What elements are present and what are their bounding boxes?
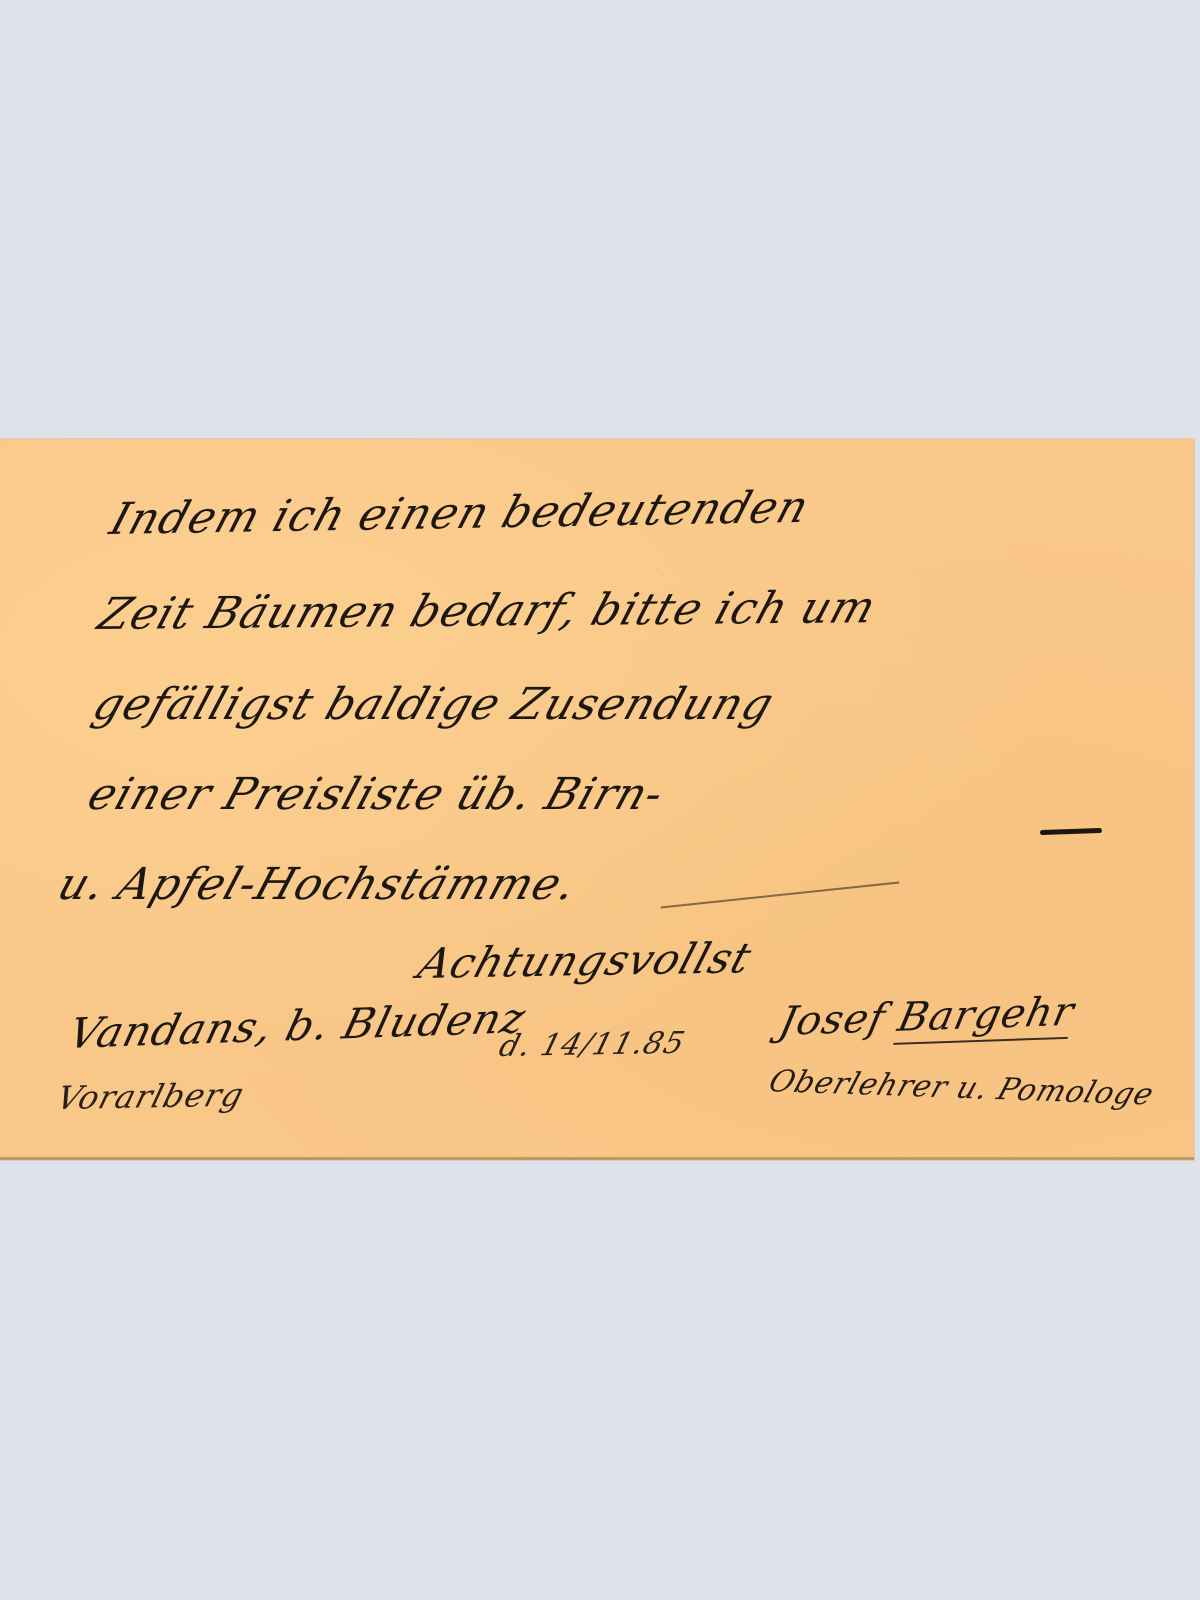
signature-title: Oberlehrer u. Pomologe — [764, 1064, 1158, 1112]
hyphen-stroke — [1040, 828, 1102, 835]
body-line-2: Zeit Bäumen bedarf, bitte ich um — [92, 582, 883, 640]
signature-surname: Bargehr — [893, 989, 1079, 1045]
body-line-3: gefälligst baldige Zusendung — [87, 679, 781, 730]
body-line-5: u. Apfel-Hochstämme. — [52, 859, 584, 910]
signature-first-name: Josef — [775, 995, 890, 1045]
postcard: Indem ich einen bedeutenden Zeit Bäumen … — [0, 439, 1194, 1160]
place-line: Vandans, b. Bludenz — [64, 993, 531, 1058]
closing-flourish — [661, 881, 900, 908]
closing-salutation: Achtungsvollst — [412, 933, 758, 988]
body-line-1: Indem ich einen bedeutenden — [104, 482, 815, 545]
region-line: Vorarlberg — [53, 1076, 249, 1117]
date: d. 14/11.85 — [495, 1026, 689, 1064]
card-bottom-edge — [0, 1157, 1194, 1160]
body-line-4: einer Preisliste üb. Birn- — [82, 769, 671, 820]
signature: Josef Bargehr — [775, 989, 1079, 1045]
